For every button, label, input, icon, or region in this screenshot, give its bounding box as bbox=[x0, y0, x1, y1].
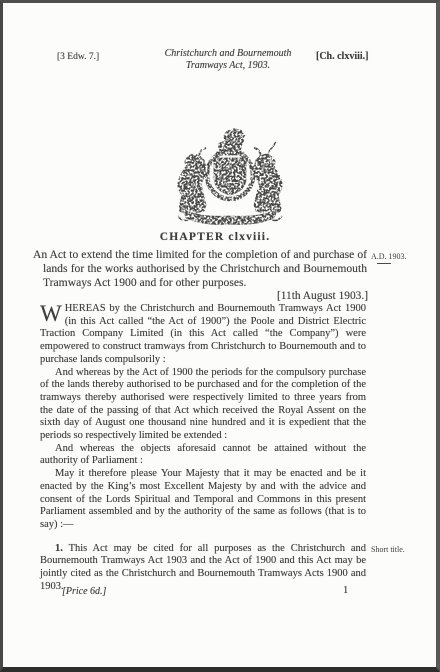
running-header-chapter: [Ch. clxviii.] bbox=[316, 51, 369, 62]
running-header-title-line1: Christchurch and Bournemouth bbox=[128, 48, 328, 60]
preamble-paragraph-4: May it therefore please Your Majesty tha… bbox=[40, 468, 366, 532]
page-number: 1 bbox=[343, 585, 348, 596]
royal-assent-date: [11th August 1903.] bbox=[240, 290, 368, 302]
preamble-paragraph-2: And whereas by the Act of 1900 the perio… bbox=[40, 367, 366, 443]
preamble-paragraph-3: And whereas the objects aforesaid cannot… bbox=[40, 443, 366, 468]
running-header-regnal-year: [3 Edw. 7.] bbox=[57, 52, 99, 62]
price-note: [Price 6d.] bbox=[62, 586, 106, 597]
running-header-title: Christchurch and Bournemouth Tramways Ac… bbox=[128, 48, 328, 71]
running-header-title-line2: Tramways Act, 1903. bbox=[128, 60, 328, 72]
chapter-heading: CHAPTER clxviii. bbox=[40, 231, 390, 243]
act-body: WHEREAS by the Christchurch and Bournemo… bbox=[40, 303, 366, 593]
royal-coat-of-arms-icon bbox=[148, 125, 312, 229]
section-1-number: 1. bbox=[55, 543, 63, 554]
preamble-paragraph-1-text: HEREAS by the Christchurch and Bournemou… bbox=[40, 303, 366, 365]
margin-note-short-title: Short title. bbox=[371, 545, 425, 554]
scanned-act-page: [3 Edw. 7.] Christchurch and Bournemouth… bbox=[0, 0, 440, 672]
margin-note-ad-year: A.D. 1903. bbox=[371, 252, 425, 261]
section-1-text: This Act may be cited for all purposes a… bbox=[40, 543, 366, 592]
long-title: An Act to extend the time limited for th… bbox=[33, 248, 367, 289]
long-title-text: An Act to extend the time limited for th… bbox=[33, 248, 367, 289]
drop-cap: W bbox=[40, 303, 65, 323]
margin-note-divider bbox=[377, 263, 391, 264]
preamble-paragraph-whereas: WHEREAS by the Christchurch and Bournemo… bbox=[40, 303, 366, 367]
